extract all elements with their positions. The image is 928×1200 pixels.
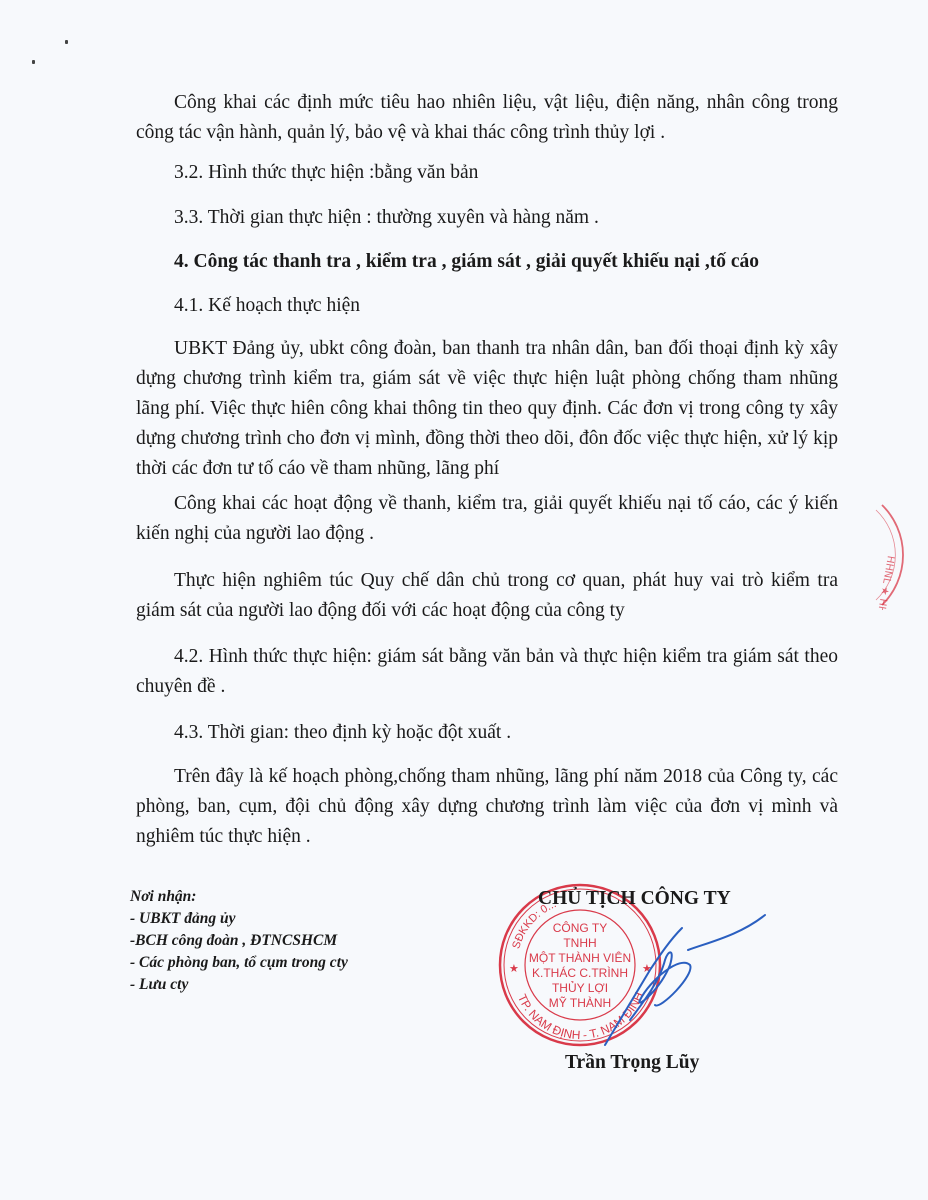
partial-stamp-edge: HHNL ★ HHNL [872,500,928,610]
paragraph-fuel-norms: Công khai các định mức tiêu hao nhiên li… [136,88,838,148]
document-page: Công khai các định mức tiêu hao nhiên li… [0,0,928,1200]
handwritten-signature [600,910,770,1050]
signer-name: Trần Trọng Lũy [565,1052,699,1074]
section-3-3: 3.3. Thời gian thực hiện : thường xuyên … [136,203,838,233]
paragraph-ubkt: UBKT Đảng ủy, ubkt công đoàn, ban thanh … [136,334,838,484]
section-4-1: 4.1. Kế hoạch thực hiện [136,291,838,321]
section-4-heading: 4. Công tác thanh tra , kiểm tra , giám … [136,247,838,277]
recipients-title: Nơi nhận: [130,886,348,908]
signer-title: CHỦ TỊCH CÔNG TY [538,888,731,910]
stamp-edge-text: HHNL ★ HHNL [873,555,896,610]
paragraph-democracy: Thực hiện nghiêm túc Quy chế dân chủ tro… [136,566,838,626]
recipient-item: -BCH công đoàn , ĐTNCSHCM [130,930,348,952]
stamp-star-icon: ★ [509,962,519,975]
recipients-block: Nơi nhận: - UBKT đảng ủy -BCH công đoàn … [130,886,348,996]
section-4-2: 4.2. Hình thức thực hiện: giám sát bằng … [136,642,838,702]
stamp-line: TNHH [563,936,596,950]
paragraph-public-activities: Công khai các hoạt động về thanh, kiểm t… [136,489,838,549]
recipient-item: - UBKT đảng ủy [130,908,348,930]
recipient-item: - Các phòng ban, tổ cụm trong cty [130,952,348,974]
section-4-3: 4.3. Thời gian: theo định kỳ hoặc đột xu… [136,718,838,748]
scan-specks [30,40,80,70]
section-3-2: 3.2. Hình thức thực hiện :bằng văn bản [136,158,838,188]
paragraph-conclusion: Trên đây là kế hoạch phòng,chống tham nh… [136,762,838,852]
recipient-item: - Lưu cty [130,974,348,996]
